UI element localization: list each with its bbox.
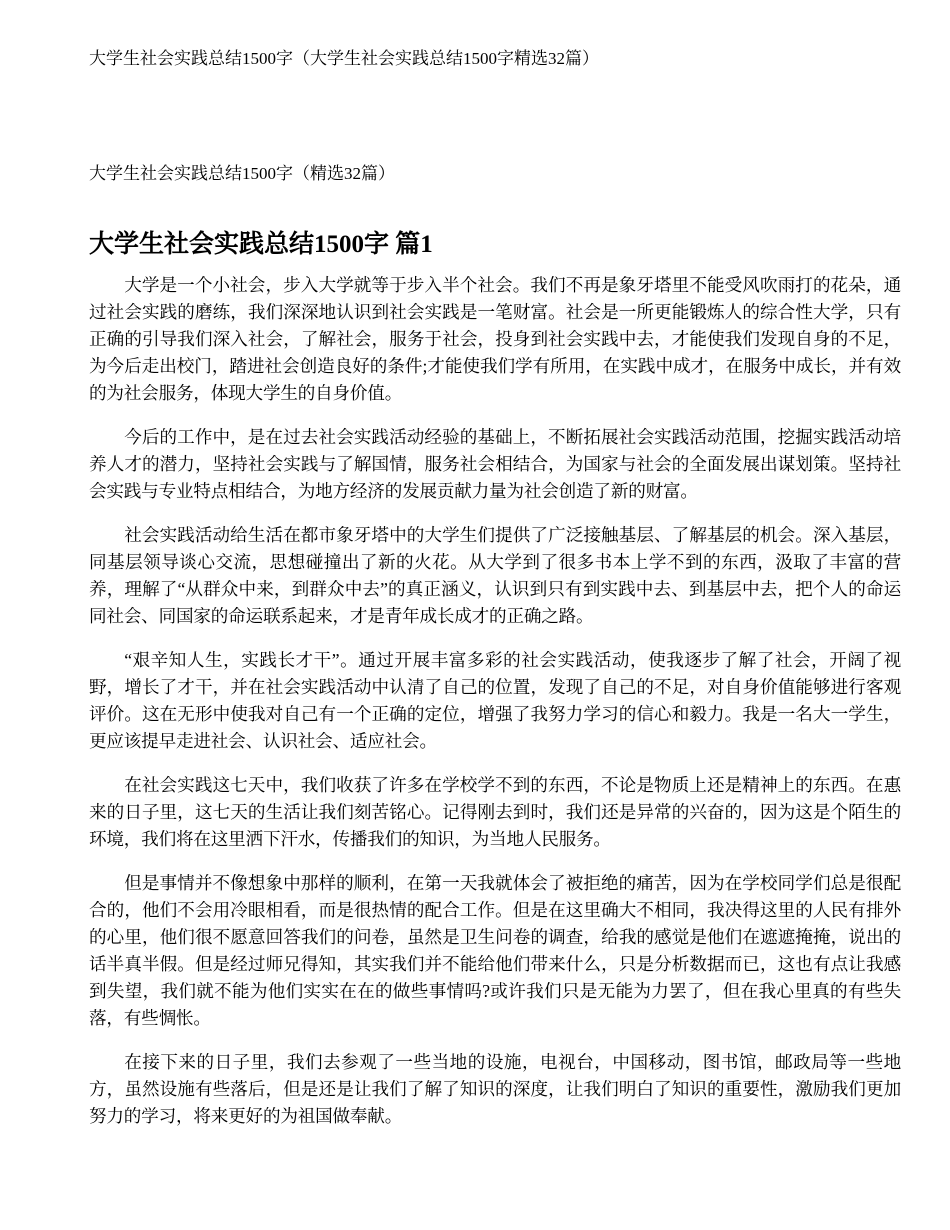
section-body: 大学是一个小社会，步入大学就等于步入半个社会。我们不再是象牙塔里不能受风吹雨打的… [89,272,901,1147]
paragraph: “艰辛知人生，实践长才干”。通过开展丰富多彩的社会实践活动，使我逐步了解了社会，… [89,647,901,755]
document-page: 大学生社会实践总结1500字（大学生社会实践总结1500字精选32篇） 大学生社… [0,0,950,1230]
paragraph: 在社会实践这七天中，我们收获了许多在学校学不到的东西，不论是物质上还是精神上的东… [89,772,901,853]
paragraph: 但是事情并不像想象中那样的顺利，在第一天我就体会了被拒绝的痛苦，因为在学校同学们… [89,870,901,1032]
document-title: 大学生社会实践总结1500字（大学生社会实践总结1500字精选32篇） [89,47,599,71]
paragraph: 今后的工作中，是在过去社会实践活动经验的基础上，不断拓展社会实践活动范围，挖掘实… [89,424,901,505]
paragraph: 大学是一个小社会，步入大学就等于步入半个社会。我们不再是象牙塔里不能受风吹雨打的… [89,272,901,407]
section-heading: 大学生社会实践总结1500字 篇1 [89,228,433,262]
paragraph: 在接下来的日子里，我们去参观了一些当地的设施，电视台，中国移动，图书馆，邮政局等… [89,1049,901,1130]
paragraph: 社会实践活动给生活在都市象牙塔中的大学生们提供了广泛接触基层、了解基层的机会。深… [89,522,901,630]
document-subtitle: 大学生社会实践总结1500字（精选32篇） [89,162,395,186]
